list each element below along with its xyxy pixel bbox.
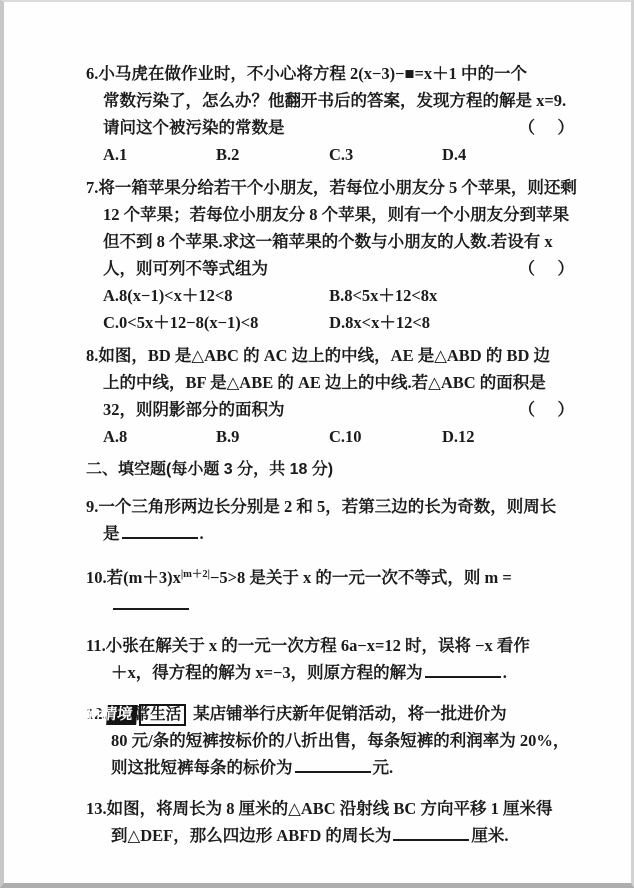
question-8: 8.如图，BD 是△ABC 的 AC 边上的中线，AE 是△ABD 的 BD 边… <box>86 342 577 450</box>
question-line <box>111 591 577 618</box>
question-line: 80 元/条的短裤按标价的八折出售，每条短裤的利润率为 20%， <box>111 727 577 754</box>
question-line: 6.小马虎在做作业时，不小心将方程 2(x−3)−■=x＋1 中的一个 <box>103 60 577 87</box>
page-content: 6.小马虎在做作业时，不小心将方程 2(x−3)−■=x＋1 中的一个 常数污染… <box>4 2 631 849</box>
question-number: 7. <box>86 178 98 197</box>
answer-bracket: （ ） <box>519 114 578 141</box>
question-text: 如图，BD 是△ABC 的 AC 边上的中线，AE 是△ABD 的 BD 边 <box>98 346 550 365</box>
answer-blank <box>393 828 469 841</box>
badge-new-context: 新情境 <box>106 705 137 725</box>
options-row: A.8(x−1)<x＋12<8 B.8<5x＋12<8x <box>103 282 577 309</box>
question-number: 9. <box>86 497 98 516</box>
question-number: 8. <box>86 346 98 365</box>
option-c: C.10 <box>329 423 442 450</box>
answer-blank <box>122 526 198 539</box>
question-7: 7.将一箱苹果分给若干个小朋友，若每位小朋友分 5 个苹果，则还剩 12 个苹果… <box>86 174 577 336</box>
question-line: 10.若(m＋3)x|m＋2|−5>8 是关于 x 的一元一次不等式，则 m = <box>111 561 577 591</box>
option-a: A.1 <box>103 141 216 168</box>
question-line: 常数污染了，怎么办？他翻开书后的答案，发现方程的解是 x=9. <box>103 87 577 114</box>
question-9: 9.一个三角形两边长分别是 2 和 5，若第三边的长为奇数，则周长 是. <box>86 493 577 547</box>
question-6: 6.小马虎在做作业时，不小心将方程 2(x−3)−■=x＋1 中的一个 常数污染… <box>86 60 577 168</box>
options-row: A.8 B.9 C.10 D.12 <box>103 423 577 450</box>
question-text: 小张在解关于 x 的一元一次方程 6a−x=12 时，误将 −x 看作 <box>106 636 530 655</box>
math-exponent: |m＋2| <box>181 569 210 580</box>
question-line: （ ）请问这个被污染的常数是 <box>103 114 577 141</box>
question-13: 13.如图，将周长为 8 厘米的△ABC 沿射线 BC 方向平移 1 厘米得 到… <box>86 795 577 849</box>
question-line: 11.小张在解关于 x 的一元一次方程 6a−x=12 时，误将 −x 看作 <box>111 632 577 659</box>
answer-bracket: （ ） <box>519 255 578 282</box>
option-c: C.3 <box>329 141 442 168</box>
option-d: D.12 <box>442 423 555 450</box>
option-b: B.8<5x＋12<8x <box>329 282 551 309</box>
question-line: 上的中线，BF 是△ABE 的 AE 边上的中线.若△ABC 的面积是 <box>103 369 577 396</box>
option-a: A.8(x−1)<x＋12<8 <box>103 282 325 309</box>
answer-blank <box>113 597 189 610</box>
question-number: 6. <box>86 64 98 83</box>
question-line: 到△DEF，那么四边形 ABFD 的周长为厘米. <box>111 822 577 849</box>
question-text: 若(m＋3)x <box>107 568 181 587</box>
option-d: D.8x<x＋12<8 <box>329 309 551 336</box>
question-line: 13.如图，将周长为 8 厘米的△ABC 沿射线 BC 方向平移 1 厘米得 <box>111 795 577 822</box>
question-10: 10.若(m＋3)x|m＋2|−5>8 是关于 x 的一元一次不等式，则 m = <box>86 561 577 618</box>
option-c: C.0<5x＋12−8(x−1)<8 <box>103 309 325 336</box>
scanned-page: 6.小马虎在做作业时，不小心将方程 2(x−3)−■=x＋1 中的一个 常数污染… <box>0 0 634 888</box>
answer-blank <box>295 760 371 773</box>
question-text: 如图，将周长为 8 厘米的△ABC 沿射线 BC 方向平移 1 厘米得 <box>107 799 553 818</box>
question-line: 9.一个三角形两边长分别是 2 和 5，若第三边的长为奇数，则周长 <box>103 493 577 520</box>
answer-blank <box>425 665 501 678</box>
question-text: 一个三角形两边长分别是 2 和 5，若第三边的长为奇数，则周长 <box>98 497 556 516</box>
option-b: B.2 <box>216 141 329 168</box>
options-row: C.0<5x＋12−8(x−1)<8 D.8x<x＋12<8 <box>103 309 577 336</box>
option-b: B.9 <box>216 423 329 450</box>
section-header: 二、填空题(每小题 3 分，共 18 分) <box>86 456 577 483</box>
question-line: 8.如图，BD 是△ABC 的 AC 边上的中线，AE 是△ABD 的 BD 边 <box>103 342 577 369</box>
question-text: 小马虎在做作业时，不小心将方程 2(x−3)−■=x＋1 中的一个 <box>98 64 527 83</box>
question-line: ＋x，得方程的解为 x=−3，则原方程的解为. <box>111 659 577 686</box>
question-11: 11.小张在解关于 x 的一元一次方程 6a−x=12 时，误将 −x 看作 ＋… <box>86 632 577 686</box>
option-d: D.4 <box>442 141 555 168</box>
question-text: 某店铺举行庆新年促销活动，将一批进价为 <box>193 704 507 723</box>
question-line: 但不到 8 个苹果.求这一箱苹果的个数与小朋友的人数.若设有 x <box>103 228 577 255</box>
question-number: 13. <box>86 799 107 818</box>
option-a: A.8 <box>103 423 216 450</box>
options-row: A.1 B.2 C.3 D.4 <box>103 141 577 168</box>
question-line: 12 个苹果；若每位小朋友分 8 个苹果，则有一个小朋友分到苹果 <box>103 201 577 228</box>
question-line: 是. <box>103 520 577 547</box>
answer-bracket: （ ） <box>519 396 578 423</box>
badge-daily-life: 日常生活 <box>139 704 186 726</box>
question-line: （ ）人，则可列不等式组为 <box>103 255 577 282</box>
question-line: 则这批短裤每条的标价为元. <box>111 754 577 781</box>
question-line: 12.新情境日常生活某店铺举行庆新年促销活动，将一批进价为 <box>111 700 577 727</box>
question-text: 将一箱苹果分给若干个小朋友，若每位小朋友分 5 个苹果，则还剩 <box>98 178 577 197</box>
question-line: 7.将一箱苹果分给若干个小朋友，若每位小朋友分 5 个苹果，则还剩 <box>103 174 577 201</box>
question-number: 10. <box>86 568 107 587</box>
question-text: −5>8 是关于 x 的一元一次不等式，则 m = <box>210 568 512 587</box>
question-12: 12.新情境日常生活某店铺举行庆新年促销活动，将一批进价为 80 元/条的短裤按… <box>86 700 577 781</box>
question-number: 11. <box>86 636 106 655</box>
question-line: （ ）32，则阴影部分的面积为 <box>103 396 577 423</box>
